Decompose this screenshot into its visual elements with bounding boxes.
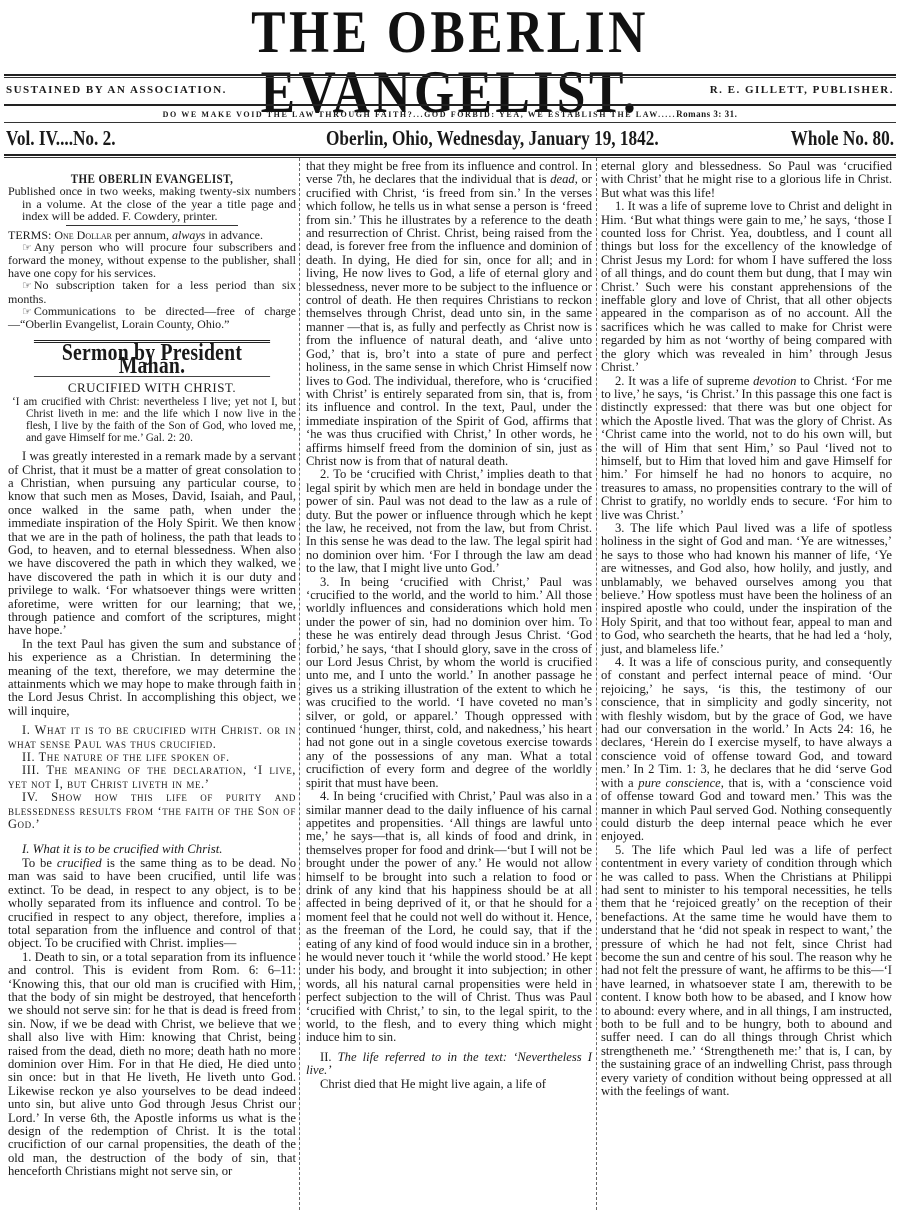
paragraph: To be crucified is the same thing as to …	[8, 857, 296, 951]
paragraph: 1. Death to sin, or a total separation f…	[8, 951, 296, 1179]
paragraph: 1. It was a life of supreme love to Chri…	[601, 200, 892, 374]
publication-info: Published once in two weeks, making twen…	[8, 185, 296, 222]
column-2: that they might be free from its influen…	[306, 160, 592, 1091]
motto-line: DO WE MAKE VOID THE LAW THROUGH FAITH?..…	[0, 109, 900, 119]
scripture-epigraph: ‘I am crucified with Christ: nevertheles…	[8, 396, 296, 444]
column-divider	[596, 158, 597, 1210]
outline-item: I. What it is to be crucified with Chris…	[8, 724, 296, 751]
dateline-rule-thin	[4, 157, 896, 158]
paragraph: 5. The life which Paul led was a life of…	[601, 844, 892, 1099]
paragraph: 2. It was a life of supreme devotion to …	[601, 375, 892, 522]
paragraph: 4. In being ‘crucified with Christ,’ Pau…	[306, 790, 592, 1045]
pointing-hand-icon: ☞	[22, 306, 32, 318]
masthead-subline: SUSTAINED BY AN ASSOCIATION. R. E. GILLE…	[6, 84, 894, 100]
outline-item: IV. Show how this life of purity and ble…	[8, 791, 296, 831]
pointing-hand-icon: ☞	[22, 280, 32, 292]
motto-reference: Romans 3: 31.	[676, 109, 737, 119]
volume-number: Vol. IV....No. 2.	[6, 126, 116, 151]
outline-item: III. The meaning of the declaration, ‘I …	[8, 764, 296, 791]
sermon-outline: I. What it is to be crucified with Chris…	[8, 724, 296, 831]
paragraph: 2. To be ‘crucified with Christ,’ implie…	[306, 468, 592, 575]
paragraph: I was greatly interested in a remark mad…	[8, 450, 296, 638]
column-divider	[299, 158, 300, 1210]
article-headline: Sermon by President Mahan.	[34, 340, 270, 377]
paragraph: Christ died that He might live again, a …	[306, 1078, 592, 1091]
dateline: Vol. IV....No. 2. Oberlin, Ohio, Wednesd…	[6, 126, 894, 152]
paragraph: In the text Paul has given the sum and s…	[8, 638, 296, 718]
notice-item: ☞Communications to be directed—free of c…	[8, 305, 296, 331]
pointing-hand-icon: ☞	[22, 242, 32, 254]
masthead-rule-thin	[4, 77, 896, 78]
paragraph: 4. It was a life of conscious purity, an…	[601, 656, 892, 844]
motto-rule-bottom	[4, 122, 896, 123]
motto-rule-top	[4, 104, 896, 106]
divider	[66, 225, 239, 226]
notice-item: ☞Any person who will procure four subscr…	[8, 241, 296, 279]
masthead-rule	[4, 74, 896, 76]
terms-box-title: THE OBERLIN EVANGELIST,	[30, 172, 275, 185]
column-3: eternal glory and blessedness. So Paul w…	[601, 160, 892, 1098]
whole-number: Whole No. 80.	[791, 126, 894, 151]
notice-item: ☞No subscription taken for a less period…	[8, 279, 296, 305]
section-heading: II. The life referred to in the text: ‘N…	[306, 1051, 592, 1078]
column-1: THE OBERLIN EVANGELIST, Published once i…	[8, 160, 296, 1179]
article-subtitle: CRUCIFIED WITH CHRIST.	[8, 381, 296, 394]
sponsor-line: SUSTAINED BY AN ASSOCIATION.	[6, 84, 227, 96]
section-heading: I. What it is to be crucified with Chris…	[8, 843, 296, 856]
terms-box: Published once in two weeks, making twen…	[8, 185, 296, 330]
paragraph: 3. The life which Paul lived was a life …	[601, 522, 892, 656]
paragraph: 3. In being ‘crucified with Christ,’ Pau…	[306, 576, 592, 791]
outline-item: II. The nature of the life spoken of.	[8, 751, 296, 764]
motto-text: DO WE MAKE VOID THE LAW THROUGH FAITH?..…	[163, 110, 676, 119]
paragraph: that they might be free from its influen…	[306, 160, 592, 468]
dateline-rule	[4, 154, 896, 156]
masthead: THE OBERLIN EVANGELIST.	[0, 0, 900, 62]
paragraph: eternal glory and blessedness. So Paul w…	[601, 160, 892, 200]
publisher-line: R. E. GILLETT, PUBLISHER.	[710, 84, 894, 96]
issue-date: Oberlin, Ohio, Wednesday, January 19, 18…	[326, 126, 659, 151]
